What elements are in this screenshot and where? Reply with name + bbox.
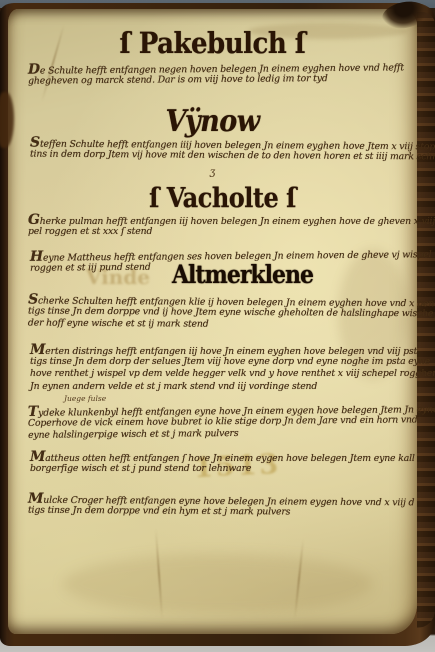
flourish-mark: ʒ xyxy=(8,167,417,178)
entry-paragraph: Gherke pulman hefft entfangen iij hoven … xyxy=(28,214,435,238)
text-line: tins in dem dorp Jtem vij hove mit den w… xyxy=(30,149,435,164)
section-heading-pakebulch: ſ Pakebulch ſ xyxy=(8,27,417,61)
text-line: borgerfige wisch et st j pund stend tor … xyxy=(30,463,415,475)
section-heading-vynow: Vÿnow xyxy=(8,104,417,139)
text-line: ghegheven og marck stend. Dar is om viij… xyxy=(28,73,404,88)
entry-paragraph: Scherke Schulten hefft entfangen klie ij… xyxy=(28,293,435,333)
text-line: Merten distrings hefft entfangen iij hov… xyxy=(30,344,435,356)
entry-paragraph: De Schulte hefft entfangen negen hoven b… xyxy=(28,60,404,88)
section-heading-vacholte: ſ Vacholte ſ xyxy=(18,181,427,213)
text-line: der hoff eyne wische et st ij mark stend xyxy=(28,318,435,333)
text-line: pel roggen et st xxx ſ stend xyxy=(28,226,435,238)
text-line: Mattheus otten hefft entfangen ſ hove Jn… xyxy=(30,451,415,463)
text-line: Gherke pulman hefft entfangen iij hoven … xyxy=(28,214,435,226)
manuscript-photo: ſ Pakebulch ſ De Schulte hefft entfangen… xyxy=(0,0,435,652)
entry-paragraph: Merten distrings hefft entfangen iij hov… xyxy=(30,344,435,393)
section-heading-altmerklene: Altmerklene xyxy=(38,260,435,290)
interlinear-note: Juege fulse xyxy=(64,394,106,403)
text-line: eyne halslingerpige wisch et st j mark p… xyxy=(28,427,435,443)
entry-paragraph: Mulcke Croger hefft entfangen eyne hove … xyxy=(28,493,415,520)
entry-paragraph: Mattheus otten hefft entfangen ſ hove Jn… xyxy=(30,451,415,475)
entry-paragraph: Steffen Schulte hefft entfangen iiij hov… xyxy=(30,137,435,164)
text-line: Jn eynen andern velde et st j mark stend… xyxy=(30,381,435,393)
parchment-page: ſ Pakebulch ſ De Schulte hefft entfangen… xyxy=(8,9,417,634)
text-line: hove renthet j wispel vp dem velde hegge… xyxy=(30,368,435,380)
entry-paragraph: Tydeke klunkenbyl hefft entfangen eyne h… xyxy=(28,402,435,442)
text-line: tigs tinse Jn dem dorp der selues Jtem v… xyxy=(30,356,435,368)
water-stain xyxy=(63,554,373,614)
